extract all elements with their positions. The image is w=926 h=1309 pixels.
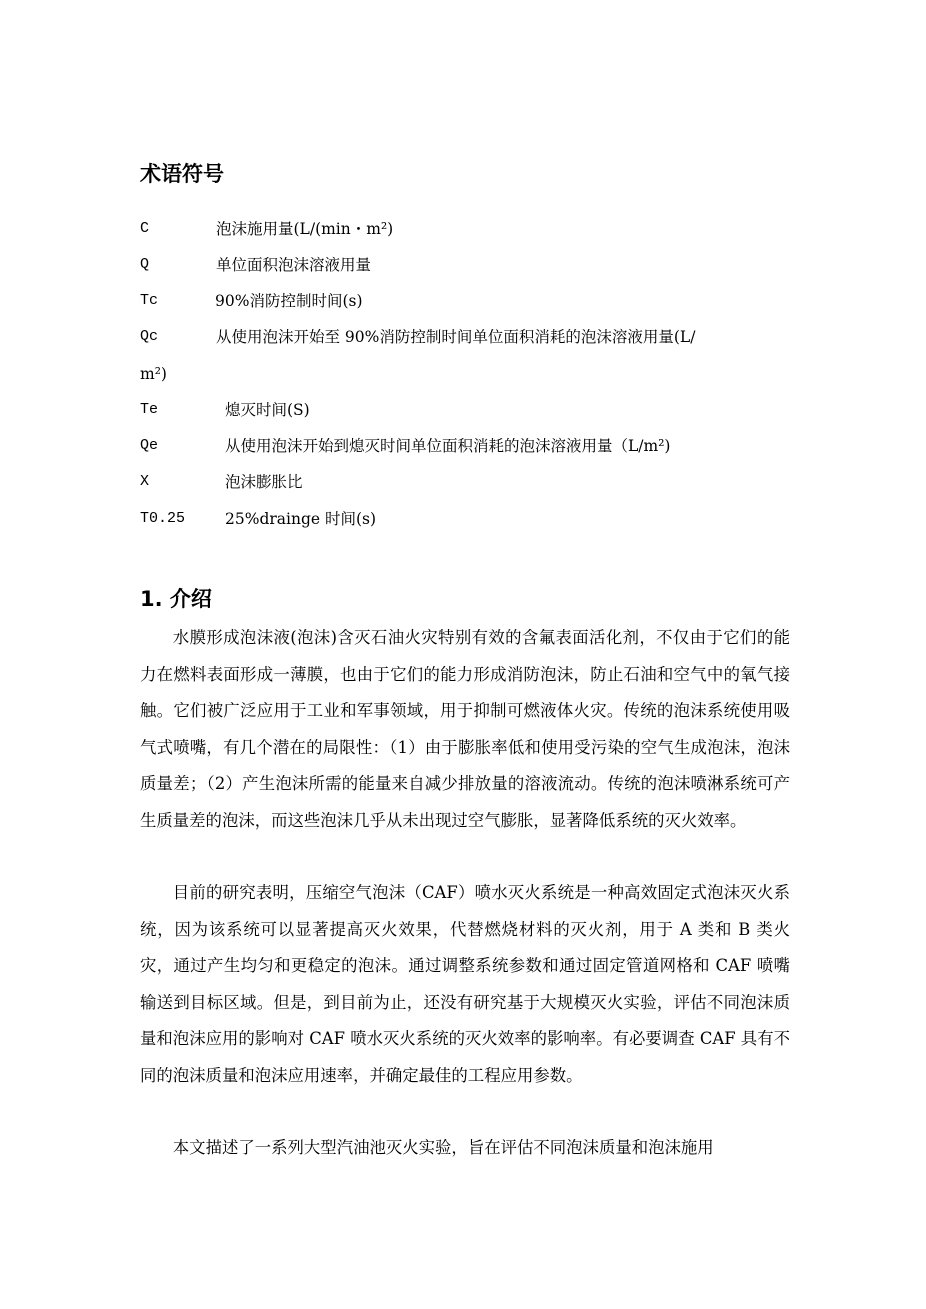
introduction-paragraph-2: 目前的研究表明，压缩空气泡沫（CAF）喷水灭火系统是一种高效固定式泡沫灭火系统，… [140,875,790,1094]
symbol-definition: 泡沫膨胀比 [225,472,303,492]
symbol-definition: 熄灭时间(S) [225,400,310,420]
symbol-definition: 从使用泡沫开始至 90%消防控制时间单位面积消耗的泡沫溶液用量(L/ [216,327,695,347]
introduction-paragraph-1: 水膜形成泡沫液(泡沫)含灭石油火灾特别有效的含氟表面活化剂，不仅由于它们的能力在… [140,620,790,839]
symbol: Q [140,255,149,275]
symbol: Te [140,400,158,420]
symbol-definition: 90%消防控制时间(s) [215,291,363,311]
symbol: Tc [140,291,158,311]
symbol-definition: 单位面积泡沫溶液用量 [216,255,371,275]
introduction-heading: 1. 介绍 [140,587,212,611]
symbols-heading: 术语符号 [140,162,224,186]
symbol: T0.25 [140,509,185,529]
symbol: X [140,472,149,492]
symbol-definition: 泡沫施用量(L/(min・m²) [216,219,393,239]
symbol-definition: 25%drainge 时间(s) [225,509,376,529]
introduction-paragraph-3: 本文描述了一系列大型汽油池灭火实验，旨在评估不同泡沫质量和泡沫施用 [140,1130,790,1167]
symbol: C [140,219,149,239]
symbol: Qc [140,327,158,347]
symbol: Qe [140,436,158,456]
symbol-definition-continuation: m²) [140,364,167,384]
symbol-definition: 从使用泡沫开始到熄灭时间单位面积消耗的泡沫溶液用量（L/m²) [225,436,670,456]
